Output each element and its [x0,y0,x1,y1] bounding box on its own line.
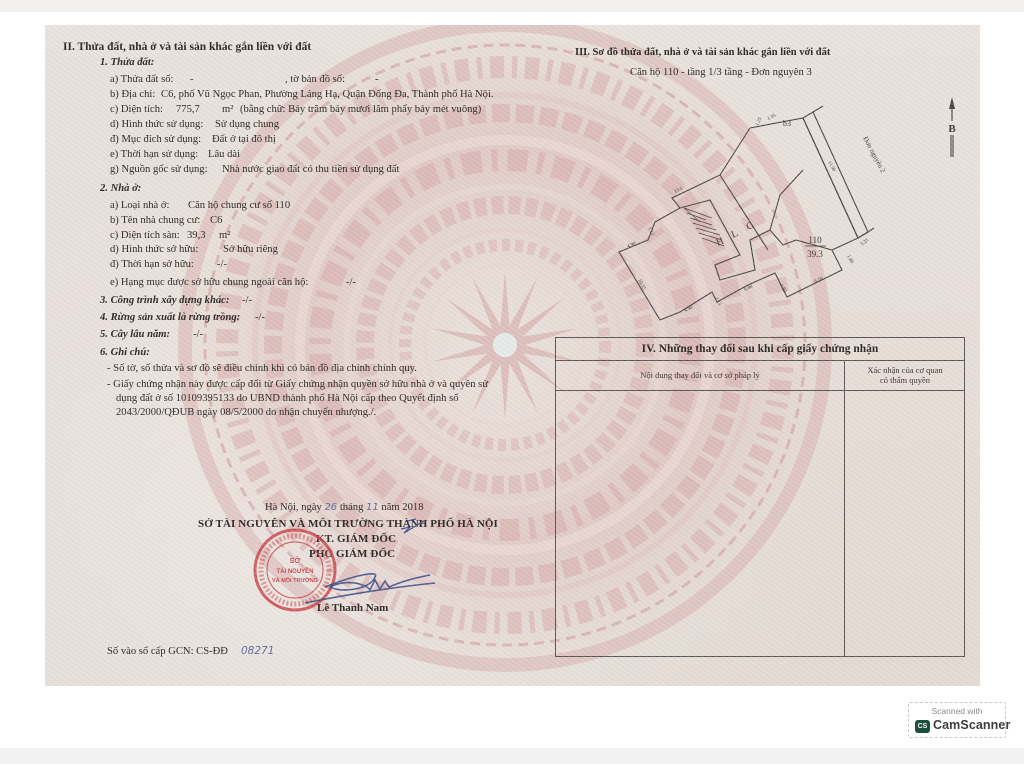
usage-term-value: Lâu dài [208,149,240,161]
svg-text:1.35: 1.35 [767,113,777,121]
initials-mark-icon [398,515,428,539]
notes-line-2: - Giấy chứng nhận này được cấp đổi từ Gi… [107,379,488,391]
building-name-value: C6 [210,215,222,227]
stair-label-h: H [715,236,726,249]
adjacent-block-label: Đơn nguyên 2 [861,135,887,174]
svg-text:6.00: 6.00 [744,284,754,292]
usage-form-value: Sử dụng chung [215,119,279,131]
section3-title: III. Sơ đồ thửa đất, nhà ở và tài sản kh… [575,47,830,59]
date-prefix: Hà Nội, ngày [265,502,322,513]
unit-number: 110 [808,235,822,245]
section4-title: IV. Những thay đổi sau khi cấp giấy chứn… [556,338,964,361]
column-header-confirmation-line1: Xác nhận của cơ quan [867,365,942,375]
certificate-page: II. Thửa đất, nhà ở và tài sản khác gắn … [45,25,980,686]
svg-text:1.15: 1.15 [646,227,655,238]
usage-form-label: d) Hình thức sử dụng: [110,119,203,131]
other-works-label: 3. Công trình xây dựng khác: [100,295,229,307]
unit-area: 39.3 [807,249,823,259]
svg-text:10.35: 10.35 [636,279,646,292]
svg-text:1.15: 1.15 [713,297,722,308]
bottom-strip [0,748,1024,764]
floor-area-value: 39,3 [187,230,206,242]
svg-text:4.90: 4.90 [684,305,694,313]
adjacent-unit-label: b3 [783,119,791,128]
land-area-unit: m² [222,104,233,116]
perennial-trees-value: -/- [193,329,203,341]
camscanner-logo-icon: CS [915,720,930,733]
map-sheet-label: , tờ bản đồ số: [285,74,345,86]
column-header-confirmation-line2: có thẩm quyền [880,375,930,385]
svg-text:1.80: 1.80 [845,255,854,266]
land-lot-label: a) Thửa đất số: [110,74,174,86]
svg-text:4.90: 4.90 [627,241,637,249]
forest-value: -/- [255,312,265,324]
house-type-label: a) Loại nhà ở: [110,200,169,212]
usage-origin-label: g) Nguồn gốc sử dụng: [110,164,208,176]
notes-line-3: dụng đất ở số 10109395133 do UBND thành … [116,393,459,405]
column-divider [844,391,845,656]
watermark-brand: CamScanner [933,718,1010,732]
signer-name: Lê Thanh Nam [317,602,388,614]
section3-subtitle: Căn hộ 110 - tầng 1/3 tầng - Đơn nguyên … [630,67,812,79]
camscanner-watermark: Scanned with CS CamScanner [908,702,1006,738]
usage-purpose-value: Đất ở tại đô thị [212,134,276,146]
column-header-confirmation: Xác nhận của cơ quan có thẩm quyền [844,361,965,391]
land-area-label: c) Diện tích: [110,104,163,116]
svg-text:3.25: 3.25 [860,238,870,248]
usage-purpose-label: đ) Mục đích sử dụng: [110,134,201,146]
other-works-value: -/- [242,295,252,307]
land-area-words: (bằng chữ: Bảy trăm bảy mươi lăm phẩy bả… [240,104,481,116]
perennial-trees-label: 5. Cây lâu năm: [100,329,170,341]
forest-label: 4. Rừng sản xuất là rừng trồng: [100,312,240,324]
building-name-label: b) Tên nhà chung cư: [110,215,200,227]
registry-label: Số vào sổ cấp GCN: CS-ĐĐ [107,646,228,658]
ownership-form-value: Sở hữu riêng [223,244,278,256]
map-sheet-value: - [375,74,379,86]
year-label: năm 2018 [381,502,423,513]
usage-origin-value: Nhà nước giao đất có thu tiền sử dụng đấ… [222,164,399,176]
changes-table: IV. Những thay đổi sau khi cấp giấy chứn… [555,337,965,657]
ownership-term-value: -/- [217,259,227,271]
address-label: b) Địa chỉ: [110,89,155,101]
svg-text:6.10: 6.10 [814,276,824,284]
section2-title: II. Thửa đất, nhà ở và tài sản khác gắn … [63,41,311,53]
north-label: B [948,123,956,135]
address-value: C6, phố Vũ Ngọc Phan, Phường Láng Hạ, Qu… [161,89,494,101]
ownership-form-label: d) Hình thức sở hữu: [110,244,198,256]
stair-label-c: C [745,220,756,233]
notes-line-4: 2043/2000/QĐUB ngày 08/5/2000 do nhận ch… [116,407,376,419]
registry-number: 08271 [241,645,274,657]
svg-text:1.80: 1.80 [778,284,787,295]
date-month: 11 [366,502,379,513]
house-type-value: Căn hộ chung cư số 110 [188,200,290,212]
agency-name: SỞ TÀI NGUYÊN VÀ MÔI TRƯỜNG THÀNH PHỐ HÀ… [198,518,498,530]
notes-line-1: - Số tờ, số thửa và sơ đồ sẽ điều chỉnh … [107,363,417,375]
svg-text:13.5: 13.5 [674,186,684,194]
notes-heading: 6. Ghi chú: [100,347,150,359]
svg-text:SỞ: SỞ [290,556,301,565]
north-arrow-icon: B [942,95,962,165]
common-items-value: -/- [346,277,356,289]
top-strip [0,0,1024,12]
land-heading: 1. Thửa đất: [100,57,154,69]
date-line: Hà Nội, ngày 26 tháng 11 năm 2018 [265,502,424,514]
floor-area-label: c) Diện tích sàn: [110,230,180,242]
land-lot-value: - [190,74,194,86]
column-header-content: Nội dung thay đổi và cơ sở pháp lý [556,361,844,391]
usage-term-label: e) Thời hạn sử dụng: [110,149,198,161]
watermark-caption: Scanned with [909,706,1005,716]
date-day: 26 [324,502,337,513]
ownership-term-label: đ) Thời hạn sở hữu: [110,259,194,271]
land-area-value: 775,7 [176,104,200,116]
month-label: tháng [340,502,364,513]
house-heading: 2. Nhà ở: [100,183,141,195]
floor-area-unit: m² [219,230,230,242]
floor-plan-diagram: H L C 110 39.3 b3 Đơn nguyên 2 1.35 1.25… [600,80,960,340]
common-items-label: e) Hạng mục được sở hữu chung ngoài căn … [110,277,308,289]
